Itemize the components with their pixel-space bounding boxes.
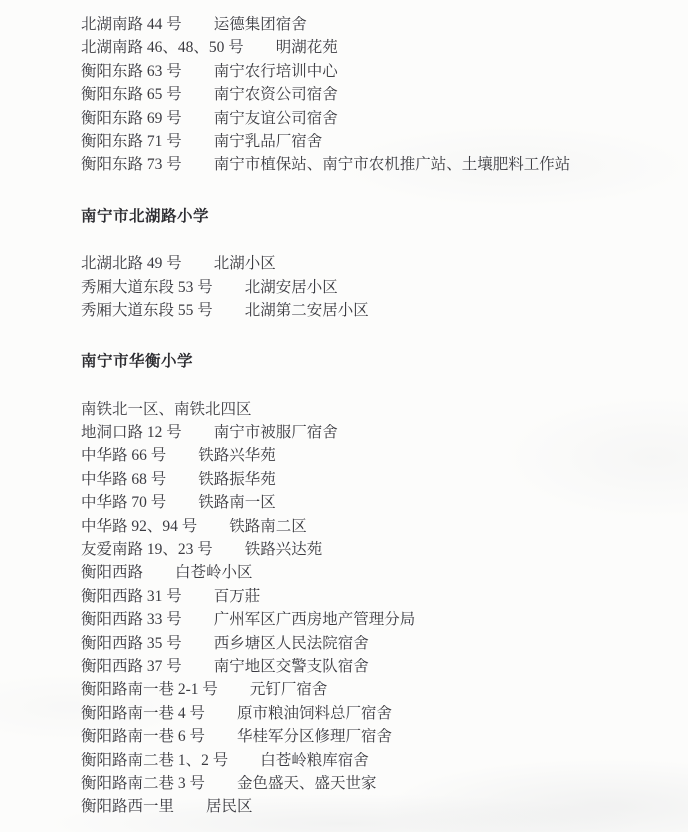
entry-address: 中华路 70 号 xyxy=(81,494,166,511)
entry-address: 秀厢大道东段 53 号 xyxy=(81,279,213,296)
entry-line: 中华路 92、94 号铁路南二区 xyxy=(81,515,670,538)
section-gap xyxy=(81,177,670,205)
entry-address: 中华路 66 号 xyxy=(81,447,166,464)
section-heading: 南宁市北湖路小学 xyxy=(81,205,670,228)
entry-line: 衡阳东路 65 号南宁农资公司宿舍 xyxy=(81,83,670,106)
entry-address: 衡阳西路 35 号 xyxy=(81,635,182,652)
entry-address: 衡阳路南一巷 6 号 xyxy=(81,728,205,745)
entry-line: 衡阳东路 73 号南宁市植保站、南宁市农机推广站、土壤肥料工作站 xyxy=(81,153,670,176)
section-heading: 南宁市华衡小学 xyxy=(81,350,670,373)
entry-line: 中华路 66 号铁路兴华苑 xyxy=(81,444,670,467)
entry-address: 北湖南路 44 号 xyxy=(81,16,182,33)
entry-line: 友爱南路 19、23 号铁路兴达苑 xyxy=(81,538,670,561)
document-body: 北湖南路 44 号运德集团宿舍 北湖南路 46、48、50 号明湖花苑 衡阳东路… xyxy=(81,13,670,819)
entry-line: 南铁北一区、南铁北四区 xyxy=(81,398,670,421)
section-gap xyxy=(81,228,670,252)
entry-line: 衡阳西路 35 号西乡塘区人民法院宿舍 xyxy=(81,632,670,655)
entry-name: 南宁地区交警支队宿舍 xyxy=(214,658,369,675)
entry-name: 金色盛天、盛天世家 xyxy=(237,775,377,792)
entry-line: 秀厢大道东段 55 号北湖第二安居小区 xyxy=(81,299,670,322)
entry-address: 衡阳东路 71 号 xyxy=(81,133,182,150)
entry-address: 北湖北路 49 号 xyxy=(81,255,182,272)
entry-name: 铁路兴达苑 xyxy=(245,541,323,558)
entry-address: 衡阳东路 65 号 xyxy=(81,86,182,103)
entry-name: 北湖小区 xyxy=(214,255,276,272)
entry-line: 秀厢大道东段 53 号北湖安居小区 xyxy=(81,276,670,299)
entry-address: 衡阳路南二巷 3 号 xyxy=(81,775,205,792)
entry-address: 地洞口路 12 号 xyxy=(81,424,182,441)
entry-name: 铁路南二区 xyxy=(229,518,307,535)
entry-line: 地洞口路 12 号南宁市被服厂宿舍 xyxy=(81,421,670,444)
entry-line: 衡阳西路 31 号百万莊 xyxy=(81,585,670,608)
entry-name: 明湖花苑 xyxy=(276,39,338,56)
entry-name: 南宁农行培训中心 xyxy=(214,63,338,80)
entry-line: 衡阳西路 37 号南宁地区交警支队宿舍 xyxy=(81,655,670,678)
entry-address: 衡阳西路 31 号 xyxy=(81,588,182,605)
entry-line: 衡阳东路 63 号南宁农行培训中心 xyxy=(81,60,670,83)
entry-line: 衡阳路南一巷 4 号原市粮油饲料总厂宿舍 xyxy=(81,702,670,725)
entry-address: 中华路 68 号 xyxy=(81,471,166,488)
entry-name: 南宁市被服厂宿舍 xyxy=(214,424,338,441)
entry-line: 中华路 70 号铁路南一区 xyxy=(81,491,670,514)
entry-name: 南宁友谊公司宿舍 xyxy=(214,110,338,127)
entry-line: 衡阳路南一巷 6 号华桂军分区修理厂宿舍 xyxy=(81,725,670,748)
entry-line: 衡阳路南二巷 1、2 号白苍岭粮库宿舍 xyxy=(81,749,670,772)
entry-name: 元钉厂宿舍 xyxy=(250,681,328,698)
entry-name: 铁路南一区 xyxy=(198,494,276,511)
entry-name: 西乡塘区人民法院宿舍 xyxy=(214,635,369,652)
entry-address: 北湖南路 46、48、50 号 xyxy=(81,39,244,56)
entry-address: 衡阳路南一巷 4 号 xyxy=(81,705,205,722)
entry-address: 衡阳西路 33 号 xyxy=(81,611,182,628)
entry-name: 铁路振华苑 xyxy=(198,471,276,488)
entry-line: 北湖北路 49 号北湖小区 xyxy=(81,252,670,275)
entry-address: 衡阳东路 73 号 xyxy=(81,156,182,173)
section-gap xyxy=(81,322,670,350)
entry-line: 中华路 68 号铁路振华苑 xyxy=(81,468,670,491)
entry-name: 南宁乳品厂宿舍 xyxy=(214,133,323,150)
entry-name: 运德集团宿舍 xyxy=(214,16,307,33)
entry-line: 衡阳东路 69 号南宁友谊公司宿舍 xyxy=(81,107,670,130)
entry-name: 百万莊 xyxy=(214,588,261,605)
entry-address: 衡阳西路 37 号 xyxy=(81,658,182,675)
entry-address: 衡阳东路 69 号 xyxy=(81,110,182,127)
entry-line: 衡阳路西一里居民区 xyxy=(81,795,670,818)
entry-address: 衡阳东路 63 号 xyxy=(81,63,182,80)
entry-line: 衡阳西路白苍岭小区 xyxy=(81,561,670,584)
entry-name: 原市粮油饲料总厂宿舍 xyxy=(237,705,392,722)
entry-line: 衡阳路南二巷 3 号金色盛天、盛天世家 xyxy=(81,772,670,795)
entry-line: 衡阳东路 71 号南宁乳品厂宿舍 xyxy=(81,130,670,153)
section-gap xyxy=(81,374,670,398)
entry-name: 居民区 xyxy=(206,798,253,815)
entry-address: 友爱南路 19、23 号 xyxy=(81,541,213,558)
entry-name: 白苍岭小区 xyxy=(175,564,253,581)
entry-address: 南铁北一区、南铁北四区 xyxy=(81,401,252,418)
entry-name: 广州军区广西房地产管理分局 xyxy=(214,611,416,628)
entry-name: 白苍岭粮库宿舍 xyxy=(260,752,369,769)
entry-address: 衡阳路南二巷 1、2 号 xyxy=(81,752,228,769)
entry-line: 衡阳路南一巷 2-1 号元钉厂宿舍 xyxy=(81,678,670,701)
entry-name: 南宁市植保站、南宁市农机推广站、土壤肥料工作站 xyxy=(214,156,571,173)
entry-name: 南宁农资公司宿舍 xyxy=(214,86,338,103)
entry-name: 华桂军分区修理厂宿舍 xyxy=(237,728,392,745)
entry-address: 秀厢大道东段 55 号 xyxy=(81,302,213,319)
entry-line: 北湖南路 44 号运德集团宿舍 xyxy=(81,13,670,36)
entry-line: 北湖南路 46、48、50 号明湖花苑 xyxy=(81,36,670,59)
entry-name: 北湖安居小区 xyxy=(245,279,338,296)
document-page: 北湖南路 44 号运德集团宿舍 北湖南路 46、48、50 号明湖花苑 衡阳东路… xyxy=(0,0,688,832)
entry-address: 衡阳西路 xyxy=(81,564,143,581)
entry-line: 衡阳西路 33 号广州军区广西房地产管理分局 xyxy=(81,608,670,631)
entry-address: 衡阳路南一巷 2-1 号 xyxy=(81,681,218,698)
entry-name: 北湖第二安居小区 xyxy=(245,302,369,319)
entry-name: 铁路兴华苑 xyxy=(198,447,276,464)
entry-address: 衡阳路西一里 xyxy=(81,798,174,815)
entry-address: 中华路 92、94 号 xyxy=(81,518,197,535)
